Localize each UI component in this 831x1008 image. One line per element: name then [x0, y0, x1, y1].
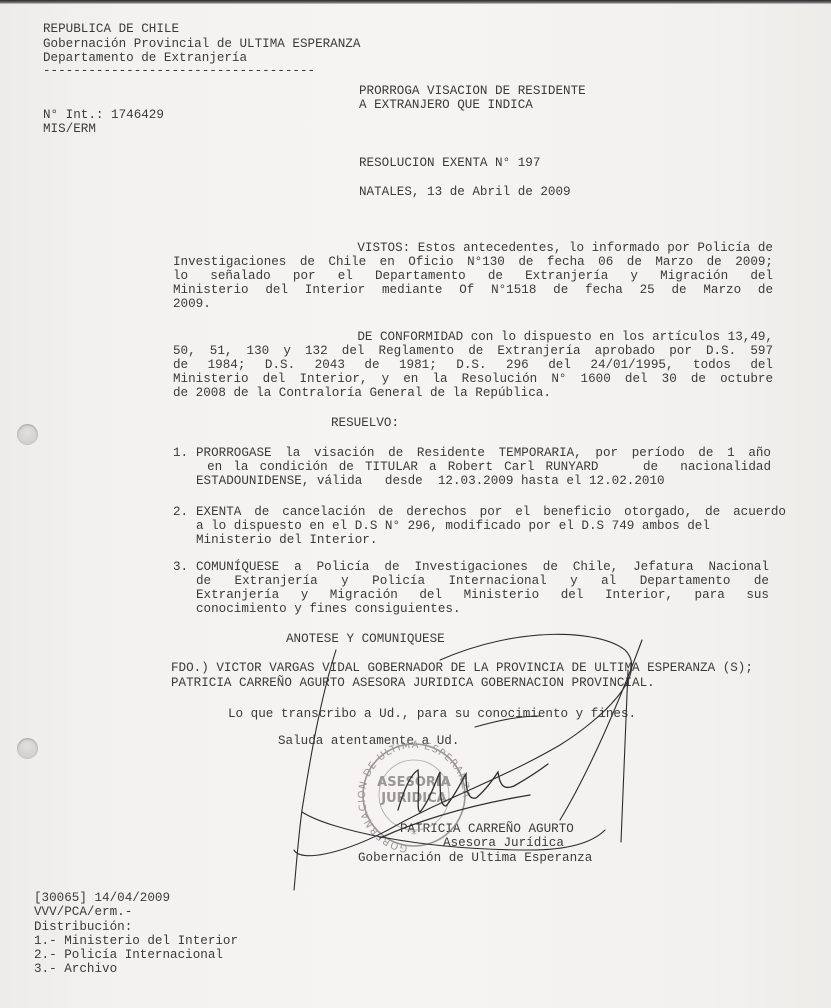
- scanned-document-page: REPUBLICA DE CHILE Gobernación Provincia…: [0, 0, 831, 1008]
- signature-governor: [294, 634, 642, 890]
- distribution-item: 3.- Archivo: [34, 962, 117, 976]
- distribution-item: 1.- Ministerio del Interior: [34, 934, 238, 948]
- svg-text:JURIDICA: JURIDICA: [380, 791, 446, 806]
- distribution-item: 2.- Policía Internacional: [34, 948, 223, 962]
- document-code-date: [30065] 14/04/2009: [34, 891, 170, 905]
- stamp-and-signatures: GOBERNACION DE ULTIMA ESPERANZA ASESORIA…: [0, 0, 831, 1008]
- svg-text:*: *: [411, 828, 417, 841]
- footer-initials: VVV/PCA/erm.-: [34, 905, 132, 919]
- distribution-label: Distribución:: [34, 920, 132, 934]
